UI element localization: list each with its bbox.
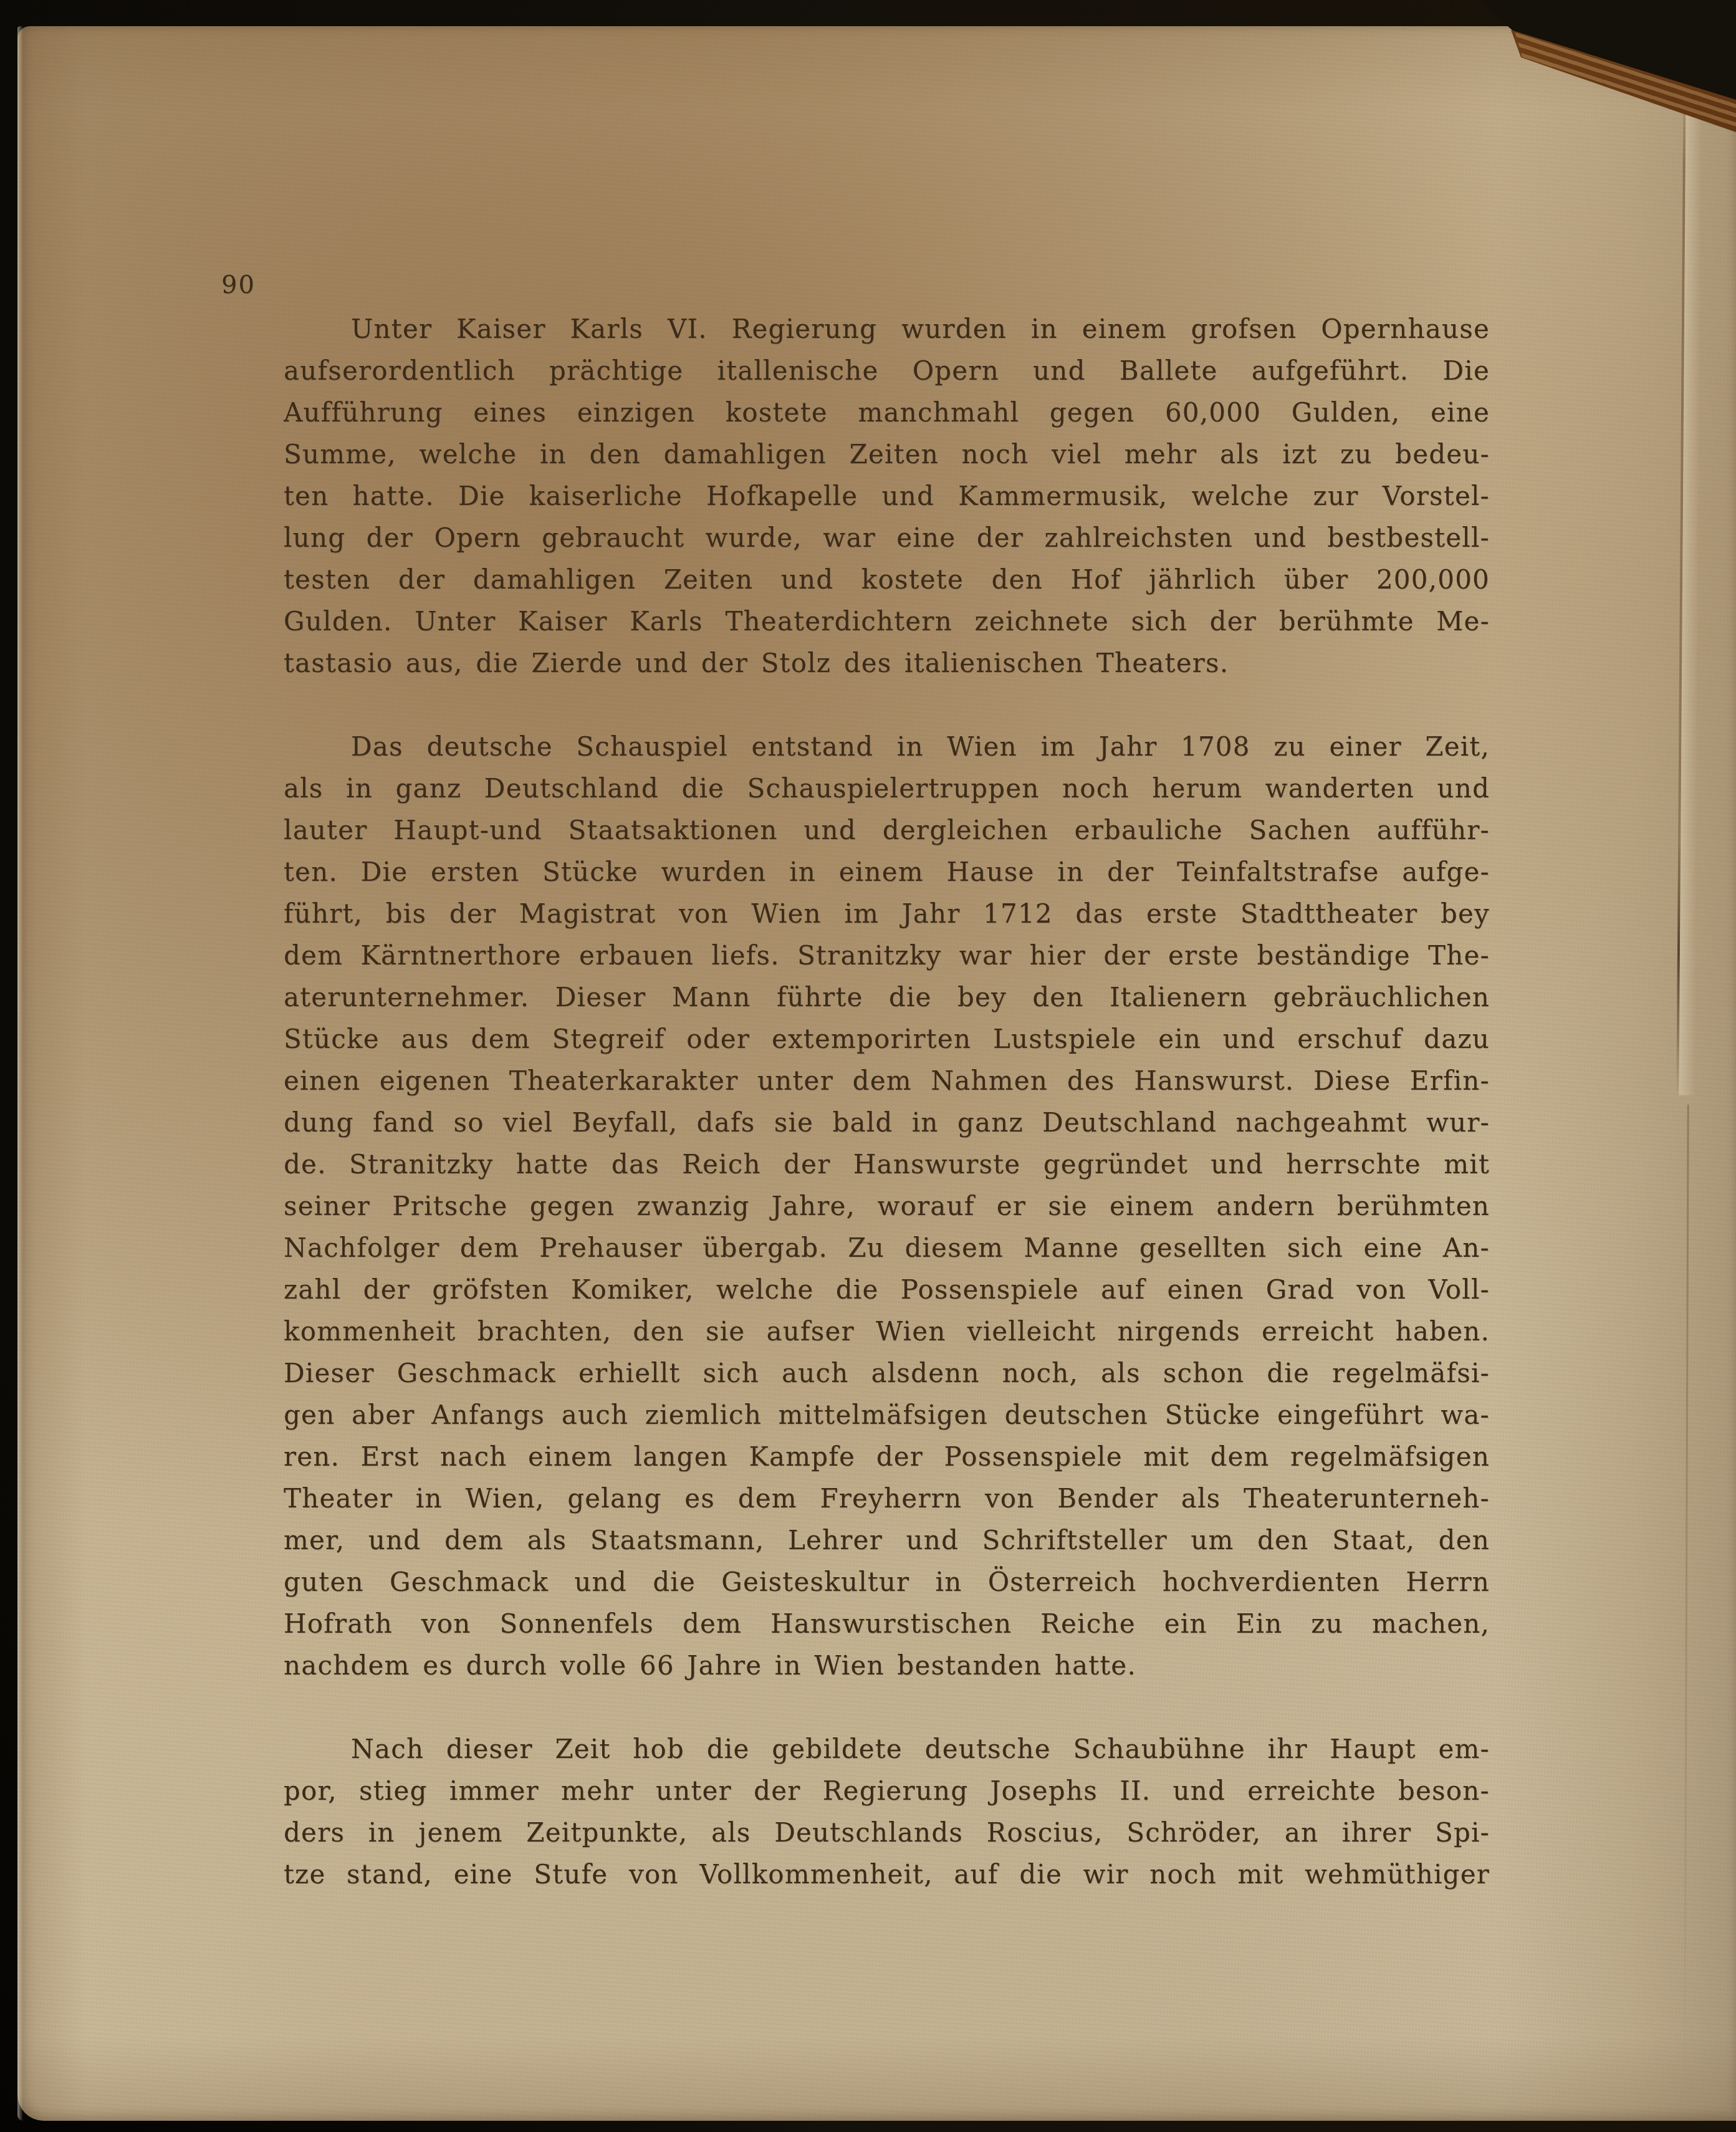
scanned-book-page: 90 Unter Kaiser Karls VI. Regierung wurd…	[0, 0, 1736, 2132]
text-line: tastasio aus, die Zierde und der Stolz d…	[284, 642, 1490, 684]
text-line: Theater in Wien, gelang es dem Freyherrn…	[284, 1477, 1490, 1519]
text-line: Das deutsche Schauspiel entstand in Wien…	[284, 726, 1490, 767]
page-number: 90	[221, 271, 256, 299]
text-line: führt, bis der Magistrat von Wien im Jah…	[284, 893, 1490, 934]
text-line: ren. Erst nach einem langen Kampfe der P…	[284, 1436, 1490, 1477]
text-line: ten. Die ersten Stücke wurden in einem H…	[284, 851, 1490, 893]
text-line: gen aber Anfangs auch ziemlich mittelmäf…	[284, 1394, 1490, 1436]
text-line: aufserordentlich prächtige itallenische …	[284, 350, 1490, 391]
text-line: Summe, welche in den damahligen Zeiten n…	[284, 433, 1490, 475]
text-line: Aufführung eines einzigen kostete manchm…	[284, 391, 1490, 433]
text-line: de. Stranitzky hatte das Reich der Hansw…	[284, 1143, 1490, 1185]
book-page: 90 Unter Kaiser Karls VI. Regierung wurd…	[17, 26, 1736, 2121]
text-line: Dieser Geschmack erhiellt sich auch alsd…	[284, 1352, 1490, 1394]
text-line: als in ganz Deutschland die Schauspieler…	[284, 767, 1490, 809]
text-line: aterunternehmer. Dieser Mann führte die …	[284, 976, 1490, 1018]
text-line: por, stieg immer mehr unter der Regierun…	[284, 1770, 1490, 1812]
text-line: Hofrath von Sonnenfels dem Hanswurstisch…	[284, 1603, 1490, 1645]
text-line: mer, und dem als Staatsmann, Lehrer und …	[284, 1519, 1490, 1561]
text-line: ten hatte. Die kaiserliche Hofkapelle un…	[284, 475, 1490, 517]
text-line: Unter Kaiser Karls VI. Regierung wurden …	[284, 308, 1490, 350]
text-line: Nachfolger dem Prehauser übergab. Zu die…	[284, 1227, 1490, 1269]
text-line: lauter Haupt-und Staatsaktionen und derg…	[284, 809, 1490, 851]
text-line: guten Geschmack und die Geisteskultur in…	[284, 1561, 1490, 1603]
text-line: kommenheit brachten, den sie aufser Wien…	[284, 1310, 1490, 1352]
text-line: seiner Pritsche gegen zwanzig Jahre, wor…	[284, 1185, 1490, 1227]
text-block: Unter Kaiser Karls VI. Regierung wurden …	[284, 308, 1490, 1895]
text-line: tze stand, eine Stufe von Vollkommenheit…	[284, 1853, 1490, 1895]
text-line: ders in jenem Zeitpunkte, als Deutschlan…	[284, 1812, 1490, 1853]
text-line: lung der Opern gebraucht wurde, war eine…	[284, 517, 1490, 559]
text-line: einen eigenen Theaterkarakter unter dem …	[284, 1060, 1490, 1102]
text-line: Nach dieser Zeit hob die gebildete deuts…	[284, 1728, 1490, 1770]
text-line: dung fand so viel Beyfall, dafs sie bald…	[284, 1102, 1490, 1143]
page-crease-lower	[1684, 1105, 1689, 2077]
paragraph: Nach dieser Zeit hob die gebildete deuts…	[284, 1728, 1490, 1895]
text-line: dem Kärntnerthore erbauen liefs. Stranit…	[284, 934, 1490, 976]
page-crease-upper	[1676, 85, 1686, 1095]
text-line: Stücke aus dem Stegreif oder extemporirt…	[284, 1018, 1490, 1060]
text-line: zahl der gröfsten Komiker, welche die Po…	[284, 1269, 1490, 1310]
text-line: nachdem es durch volle 66 Jahre in Wien …	[284, 1645, 1490, 1686]
paragraph: Das deutsche Schauspiel entstand in Wien…	[284, 726, 1490, 1686]
text-line: testen der damahligen Zeiten und kostete…	[284, 559, 1490, 600]
paragraph: Unter Kaiser Karls VI. Regierung wurden …	[284, 308, 1490, 684]
text-line: Gulden. Unter Kaiser Karls Theaterdichte…	[284, 600, 1490, 642]
